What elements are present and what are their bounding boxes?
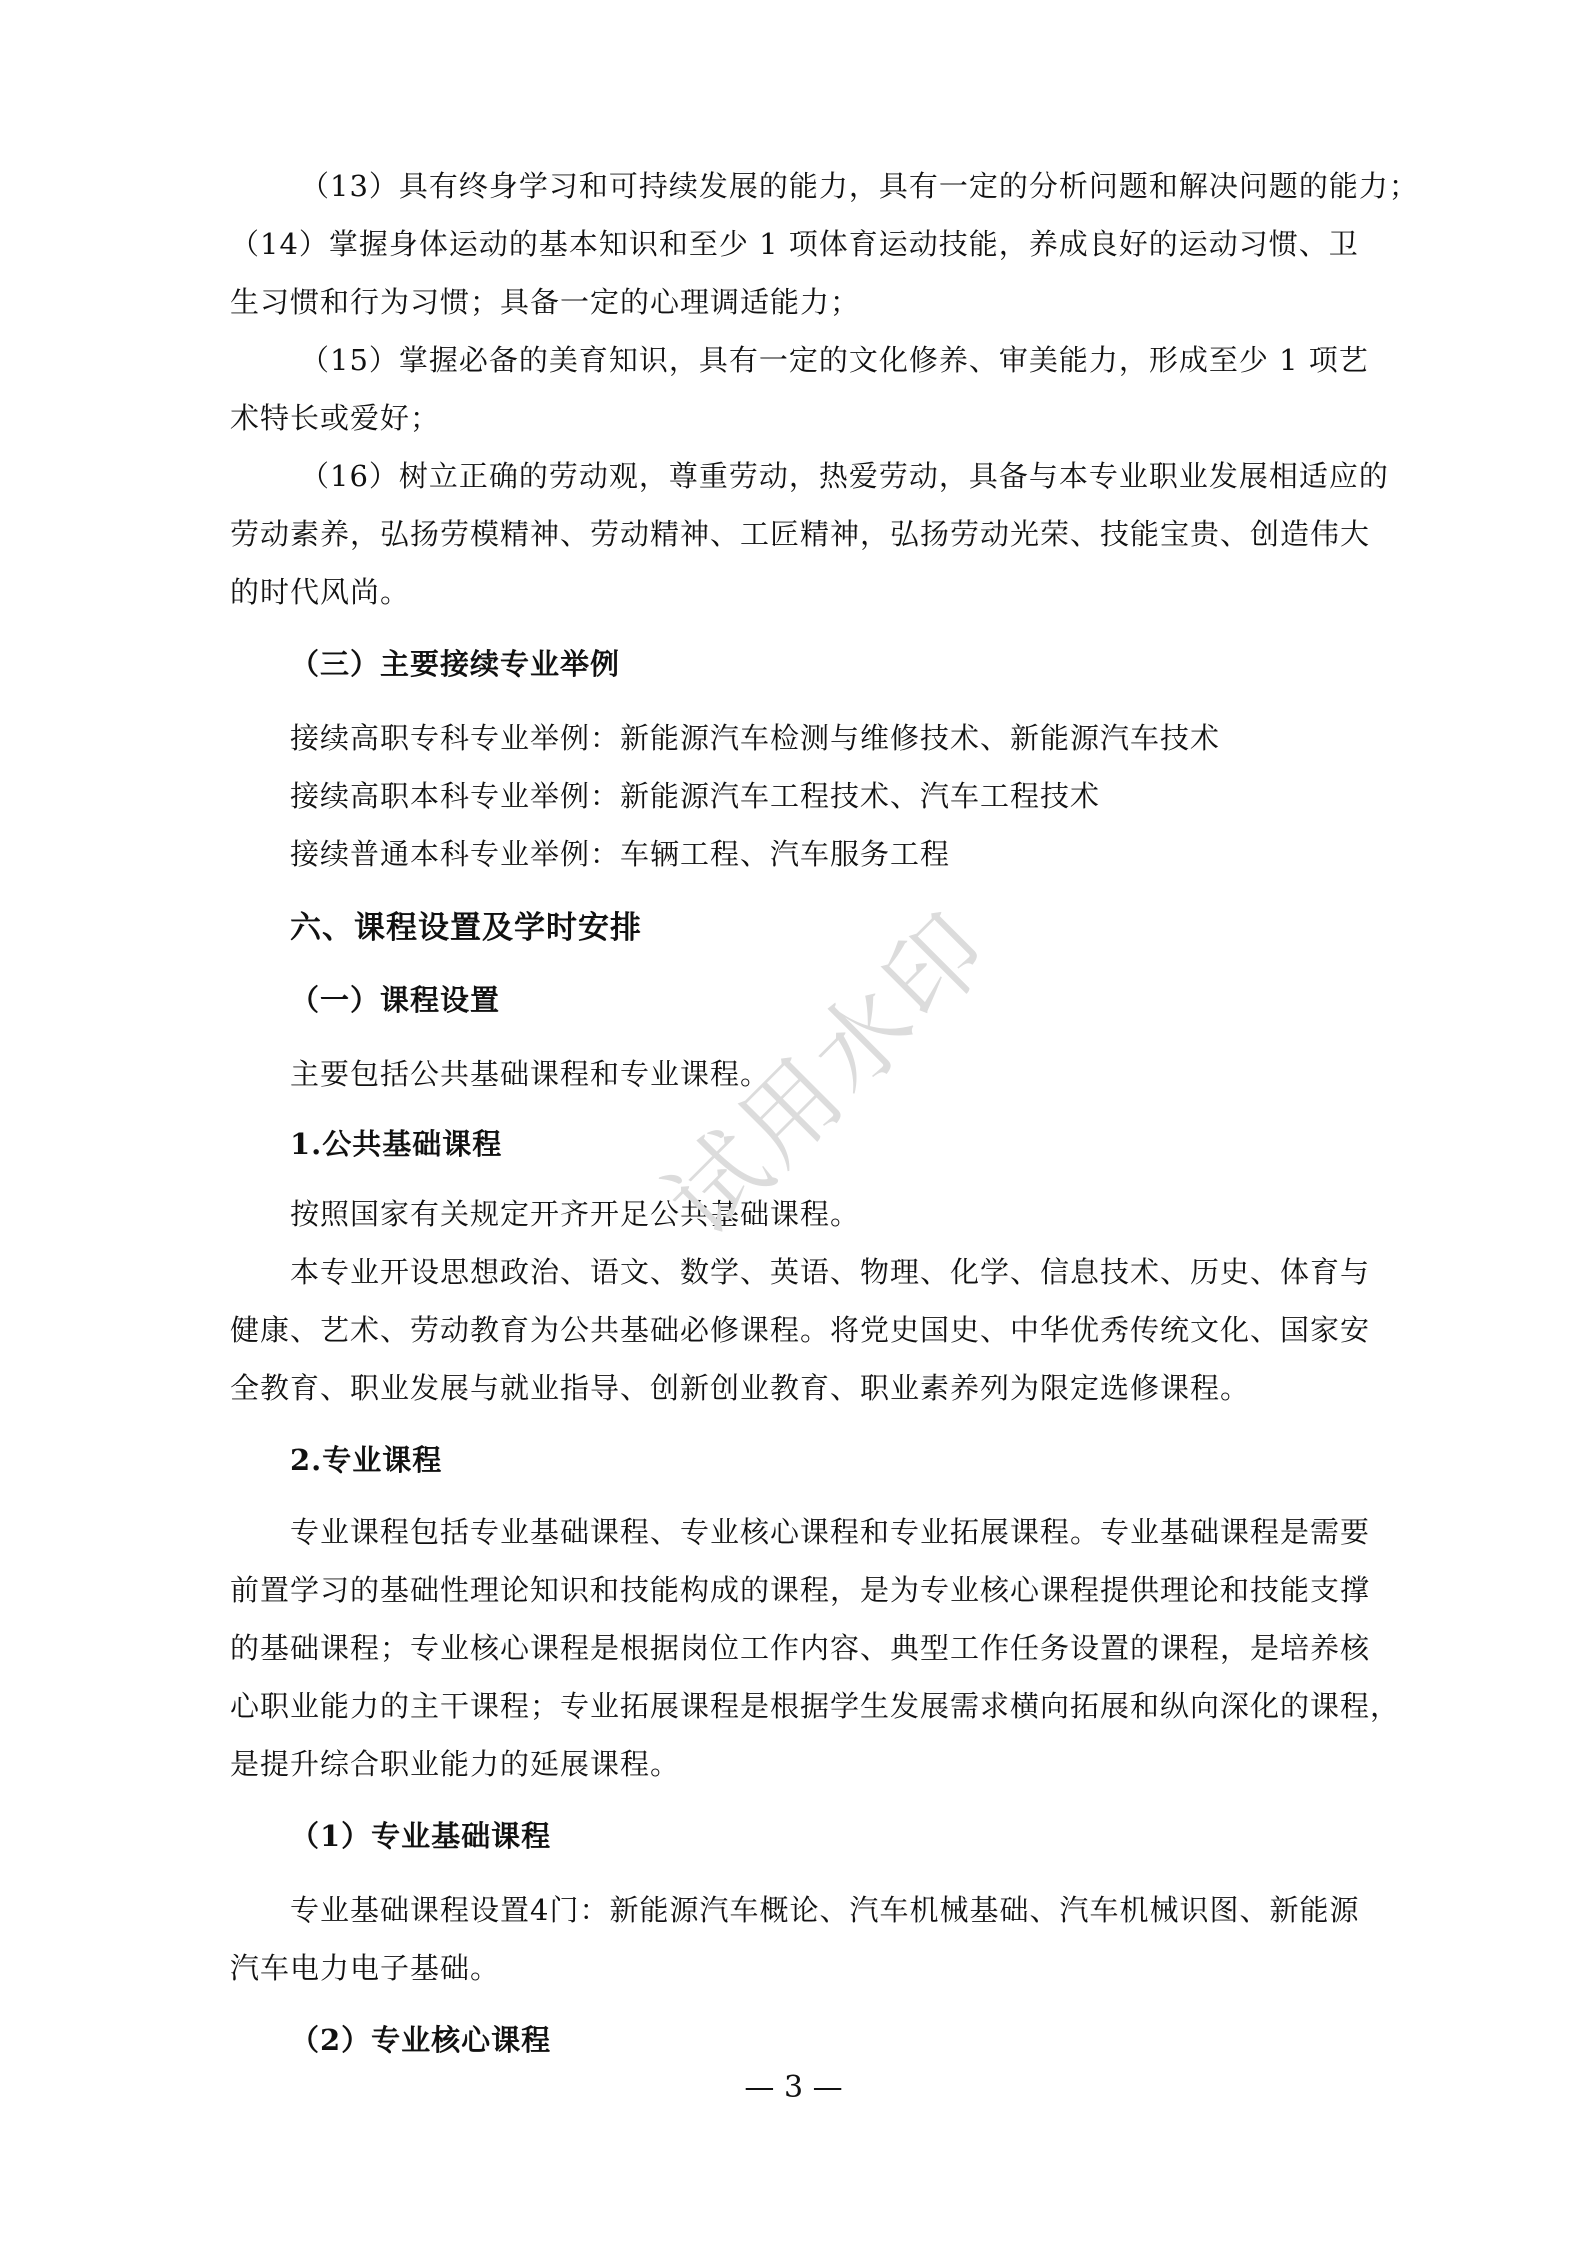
page-number: — 3 — <box>0 2070 1587 2105</box>
paragraph-line: 按照国家有关规定开齐开足公共基础课程。 <box>290 1194 860 1234</box>
paragraph-line: 接续普通本科专业举例：车辆工程、汽车服务工程 <box>290 834 950 874</box>
section-heading: 1.公共基础课程 <box>290 1124 502 1164</box>
paragraph-line: （13）具有终身学习和可持续发展的能力，具有一定的分析问题和解决问题的能力； <box>300 166 1419 206</box>
paragraph-line: 汽车电力电子基础。 <box>230 1948 500 1988</box>
section-heading: （2）专业核心课程 <box>290 2020 551 2060</box>
section-heading: 六、课程设置及学时安排 <box>290 908 642 948</box>
section-heading: 2.专业课程 <box>290 1440 442 1480</box>
paragraph-line: 劳动素养，弘扬劳模精神、劳动精神、工匠精神，弘扬劳动光荣、技能宝贵、创造伟大 <box>230 514 1370 554</box>
paragraph-line: 是提升综合职业能力的延展课程。 <box>230 1744 680 1784</box>
paragraph-line: 的时代风尚。 <box>230 572 410 612</box>
paragraph-line: （15）掌握必备的美育知识，具有一定的文化修养、审美能力，形成至少 1 项艺 <box>300 340 1369 380</box>
section-heading: （1）专业基础课程 <box>290 1816 551 1856</box>
paragraph-line: 全教育、职业发展与就业指导、创新创业教育、职业素养列为限定选修课程。 <box>230 1368 1250 1408</box>
paragraph-line: 术特长或爱好； <box>230 398 440 438</box>
paragraph-line: 专业课程包括专业基础课程、专业核心课程和专业拓展课程。专业基础课程是需要 <box>290 1512 1370 1552</box>
section-heading: （三）主要接续专业举例 <box>290 644 620 684</box>
paragraph-line: 健康、艺术、劳动教育为公共基础必修课程。将党史国史、中华优秀传统文化、国家安 <box>230 1310 1370 1350</box>
paragraph-line: 心职业能力的主干课程；专业拓展课程是根据学生发展需求横向拓展和纵向深化的课程， <box>230 1686 1400 1726</box>
document-page: （13）具有终身学习和可持续发展的能力，具有一定的分析问题和解决问题的能力；（1… <box>0 0 1587 2245</box>
paragraph-line: 前置学习的基础性理论知识和技能构成的课程，是为专业核心课程提供理论和技能支撑 <box>230 1570 1370 1610</box>
section-heading: （一）课程设置 <box>290 980 500 1020</box>
paragraph-line: 接续高职专科专业举例：新能源汽车检测与维修技术、新能源汽车技术 <box>290 718 1220 758</box>
paragraph-line: 生习惯和行为习惯；具备一定的心理调适能力； <box>230 282 860 322</box>
paragraph-line: 接续高职本科专业举例：新能源汽车工程技术、汽车工程技术 <box>290 776 1100 816</box>
paragraph-line: （16）树立正确的劳动观，尊重劳动，热爱劳动，具备与本专业职业发展相适应的 <box>300 456 1389 496</box>
paragraph-line: 主要包括公共基础课程和专业课程。 <box>290 1054 770 1094</box>
paragraph-line: 本专业开设思想政治、语文、数学、英语、物理、化学、信息技术、历史、体育与 <box>290 1252 1370 1292</box>
paragraph-line: 的基础课程；专业核心课程是根据岗位工作内容、典型工作任务设置的课程，是培养核 <box>230 1628 1370 1668</box>
paragraph-line: （14）掌握身体运动的基本知识和至少 1 项体育运动技能，养成良好的运动习惯、卫 <box>230 224 1359 264</box>
paragraph-line: 专业基础课程设置4门：新能源汽车概论、汽车机械基础、汽车机械识图、新能源 <box>290 1890 1359 1930</box>
